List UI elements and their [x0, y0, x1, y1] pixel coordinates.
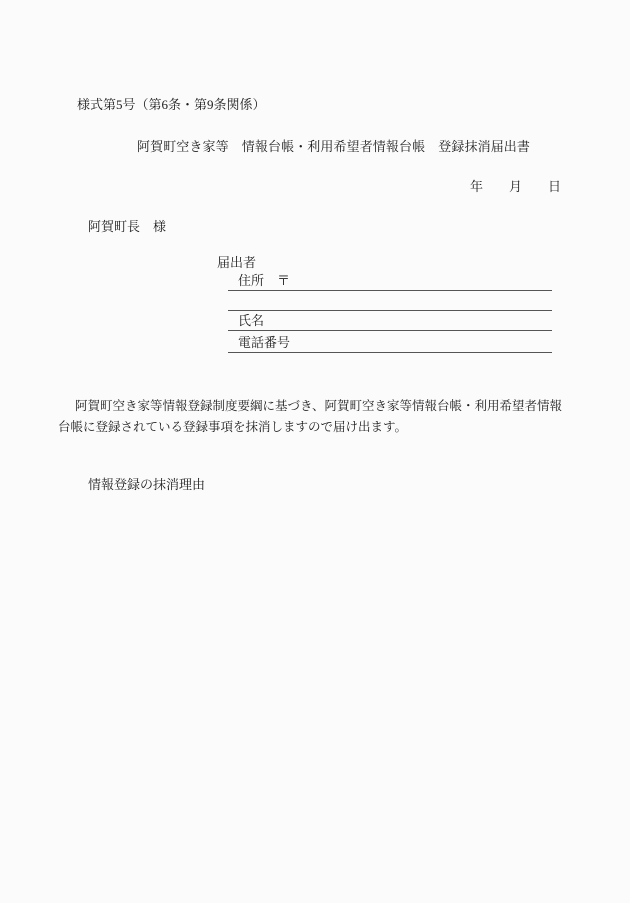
date-line: 年 月 日 [470, 179, 561, 194]
deletion-reason-label: 情報登録の抹消理由 [88, 477, 205, 492]
address-field[interactable]: 住所 〒 [228, 272, 552, 291]
form-number: 様式第5号（第6条・第9条関係） [77, 97, 266, 112]
phone-field-label: 電話番号 [238, 336, 290, 350]
name-field-label: 氏名 [238, 314, 264, 328]
recipient-line: 阿賀町長 様 [88, 219, 166, 234]
name-field[interactable]: 氏名 [228, 312, 552, 331]
phone-field[interactable]: 電話番号 [228, 333, 552, 353]
body-paragraph: 阿賀町空き家等情報登録制度要綱に基づき、阿賀町空き家等情報台帳・利用希望者情報台… [58, 396, 568, 438]
address-field-line2[interactable] [228, 292, 552, 311]
declarant-section-label: 届出者 [217, 255, 256, 270]
document-page: 様式第5号（第6条・第9条関係） 阿賀町空き家等 情報台帳・利用希望者情報台帳 … [0, 0, 630, 903]
document-title: 阿賀町空き家等 情報台帳・利用希望者情報台帳 登録抹消届出書 [137, 139, 530, 154]
address-field-label: 住所 〒 [238, 274, 290, 288]
